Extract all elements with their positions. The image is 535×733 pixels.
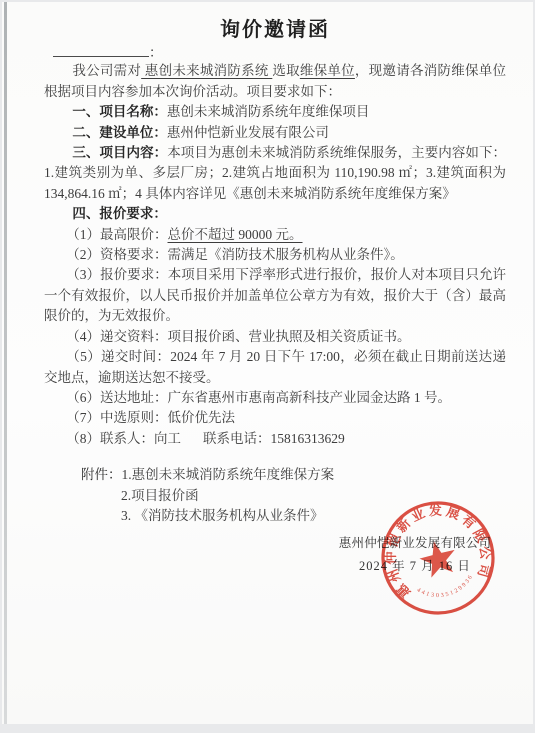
scanned-document-page: 询价邀请函 ： 我公司需对 惠创未来城消防系统 选取维保单位，现邀请各消防维保单… [2,2,533,724]
requirement-qualification: （2）资格要求：需满足《消防技术服务机构从业条件》。 [44,245,506,265]
section-owner: 二、建设单位：惠州仲恺新业发展有限公司 [44,123,506,143]
addressee-blank-line [53,42,149,57]
attachment-item: 1.惠创未来城消防系统年度维保方案 [122,467,335,482]
seal-code-text: 4413035129936 [415,574,477,605]
attachment-item: 2.项目报价函 [121,488,199,503]
section-text: 惠创未来城消防系统年度维保项目 [167,104,370,119]
section-label: 二、建设单位： [72,125,167,140]
requirement-text: （4）递交资料：项目报价函、营业执照及相关资质证书。 [66,329,410,344]
signature-block: 惠州仲恺新业发展有限公司 2024 年 7 月 16 日 [337,533,493,574]
section-label: 三、项目内容： [72,145,167,160]
requirement-contact: （8）联系人：向工联系电话：15816313629 [44,429,506,449]
intro-underlined-vendor: 维保单位 [300,63,355,78]
contact-person: （8）联系人：向工 [66,431,181,446]
requirement-documents: （4）递交资料：项目报价函、营业执照及相关资质证书。 [44,327,506,347]
signature-date: 2024 年 7 月 16 日 [337,556,493,574]
document-title: 询价邀请函 [44,20,506,40]
attachment-line: 附件：1.惠创未来城消防系统年度维保方案 [81,465,506,485]
section-quotation-requirements: 四、报价要求： [44,204,506,224]
requirement-max-price: （1）最高限价：总价不超过 90000 元。 [44,225,506,245]
requirement-address: （6）送达地址：广东省惠州市惠南高新科技产业园金达路 1 号。 [44,388,506,408]
requirement-text: （7）中选原则：低价优先法 [66,410,235,425]
requirement-text: （3）报价要求：本项目采用下浮率形式进行报价，报价人对本项目只允许一个有效报价，… [44,267,506,323]
requirement-deadline: （5）递交时间：2024 年 7 月 20 日下午 17:00，必须在截止日期前… [44,347,506,388]
intro-paragraph: 我公司需对 惠创未来城消防系统 选取维保单位，现邀请各消防维保单位根据项目内容参… [44,61,506,102]
attachments-label: 附件： [81,467,122,482]
requirement-underlined: 总价不超过 90000 元。 [168,227,303,242]
page-scan-edge [4,2,7,724]
intro-underlined-project: 惠创未来城消防系统 [141,63,272,78]
signature-company-name: 惠州仲恺新业发展有限公司 [337,533,493,551]
requirement-quotation-form: （3）报价要求：本项目采用下浮率形式进行报价，报价人对本项目只允许一个有效报价，… [44,265,506,326]
section-text: 惠州仲恺新业发展有限公司 [167,125,329,140]
section-project-content: 三、项目内容：本项目为惠创未来城消防系统维保服务，主要内容如下：1.建筑类别为单… [44,143,506,204]
attachments-block: 附件：1.惠创未来城消防系统年度维保方案 2.项目报价函 3. 《消防技术服务机… [44,465,506,526]
intro-text: 选取 [272,63,300,78]
section-label: 四、报价要求： [72,206,167,221]
document-body: 询价邀请函 ： 我公司需对 惠创未来城消防系统 选取维保单位，现邀请各消防维保单… [44,14,506,526]
requirement-selection-rule: （7）中选原则：低价优先法 [44,408,506,428]
contact-phone: 联系电话：15816313629 [203,431,345,446]
addressee-line: ： [44,42,506,61]
attachment-line: 2.项目报价函 [81,486,506,506]
requirement-text: （1）最高限价： [66,227,167,242]
intro-text: 我公司需对 [72,63,141,78]
section-label: 一、项目名称： [72,104,167,119]
attachment-item: 3. 《消防技术服务机构从业条件》 [121,508,324,523]
section-project-name: 一、项目名称：惠创未来城消防系统年度维保项目 [44,102,506,122]
requirement-text: （2）资格要求：需满足《消防技术服务机构从业条件》。 [66,247,404,262]
requirement-text: （6）送达地址：广东省惠州市惠南高新科技产业园金达路 1 号。 [66,390,451,405]
addressee-punct: ： [149,45,163,60]
requirement-text: （5）递交时间：2024 年 7 月 20 日下午 17:00，必须在截止日期前… [44,349,506,384]
attachment-line: 3. 《消防技术服务机构从业条件》 [81,506,506,526]
